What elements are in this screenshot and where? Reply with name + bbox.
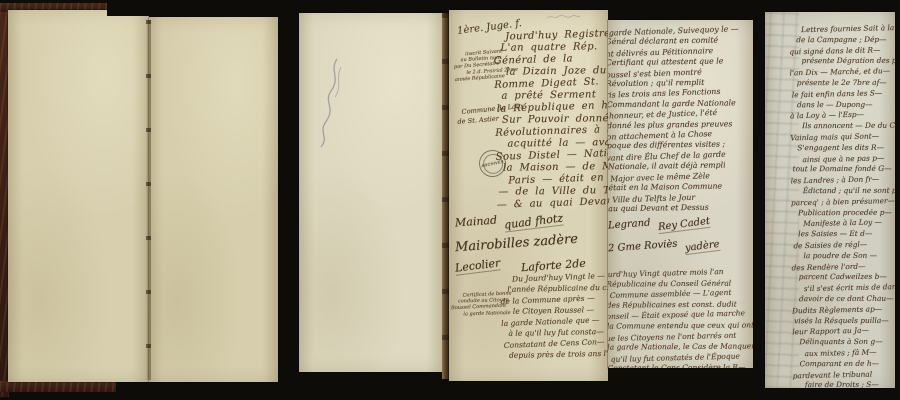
- pencil-date-note: [545, 12, 581, 22]
- second-entry-text-block: Du Jourd'huy Vingt le —l'année Républica…: [500, 271, 608, 362]
- manuscript-line: la garde Nationale: [463, 310, 503, 317]
- pencil-inscription: [307, 53, 347, 153]
- manuscript-line: depuis près de trois ans l'a—: [509, 348, 608, 361]
- manuscript-line: Dudits Règlements ap—: [792, 303, 895, 317]
- signature: quad fhotz: [503, 211, 563, 232]
- signature: Rey Cadet: [657, 216, 710, 234]
- margin-certificate-note: Certificat de bonneconduite au CitoyenRo…: [451, 291, 504, 318]
- manuscript-text-block-bottom: Jourd'huy Vingt quatre mois l'anRépublic…: [608, 267, 753, 368]
- blank-flyleaf-page: [299, 13, 444, 372]
- archive-stamp-label: ARCHIVES: [481, 159, 505, 169]
- manuscript-text-block: Jourd'huy RegistreL'an quatre Rép.Généra…: [493, 29, 608, 211]
- manuscript-line: Édictand ; qu'il ne sont p—: [803, 186, 895, 197]
- signature: 2 Gme Roviès: [608, 239, 678, 255]
- manuscript-line: de la Campagne ; Dép—: [796, 35, 895, 46]
- signature: yadère: [684, 239, 720, 255]
- signatures-block: Mainadquad fhotzMairobilles zadèreLecoli…: [455, 210, 607, 276]
- manuscript-line: Constatant le Cens Considère la R—: [608, 363, 753, 368]
- signature: Lecolier: [454, 256, 501, 275]
- blank-recto-page: [149, 17, 278, 382]
- manuscript-text-block-top: la garde Nationale, Suivequoy le —Généra…: [608, 24, 753, 215]
- manuscript-text-block-right: Lettres fournies Sait à la Cap—de la Cam…: [789, 23, 895, 388]
- signature: Mairobilles zadère: [455, 232, 579, 256]
- signatures-block-2: LegrandRey Cadet2 Gme Rovièsyadère: [608, 212, 753, 256]
- binding-leather-bottom-strip: [0, 381, 116, 392]
- signature: Legrand: [608, 218, 651, 232]
- scan-segment-4: Lettres fournies Sait à la Cap—de la Cam…: [765, 0, 900, 400]
- manuscript-line: davoir de ce dont Chau—: [799, 294, 895, 305]
- manuscript-line: S'engagent les dits R—: [797, 142, 895, 153]
- binding-seam-stitches: [146, 20, 151, 380]
- backdrop-notch: [107, 0, 150, 16]
- blank-verso-page: [8, 10, 149, 382]
- binding-gutter-seam: [442, 13, 449, 379]
- manuscript-page-1: 1ère. Juge. f. inscrit Suivantau Bulleti…: [449, 10, 608, 381]
- scan-segment-1: [0, 0, 299, 400]
- scan-segment-3: la garde Nationale, Suivequoy le —Généra…: [608, 0, 765, 400]
- composite-archival-scan: 1ère. Juge. f. inscrit Suivantau Bulleti…: [0, 0, 900, 400]
- manuscript-page-2: la garde Nationale, Suivequoy le —Généra…: [608, 20, 753, 368]
- manuscript-page-3: Lettres fournies Sait à la Cap—de la Cam…: [765, 12, 895, 388]
- manuscript-line: la poudre de Son —: [803, 250, 895, 261]
- manuscript-line: faire de Droits ; S—: [805, 380, 895, 388]
- manuscript-line: présente le 2e 7bre af—: [797, 78, 895, 89]
- manuscript-line: Comparant en de h—: [800, 358, 895, 369]
- scan-segment-2: 1ère. Juge. f. inscrit Suivantau Bulleti…: [299, 0, 608, 400]
- signature: Mainad: [455, 214, 498, 230]
